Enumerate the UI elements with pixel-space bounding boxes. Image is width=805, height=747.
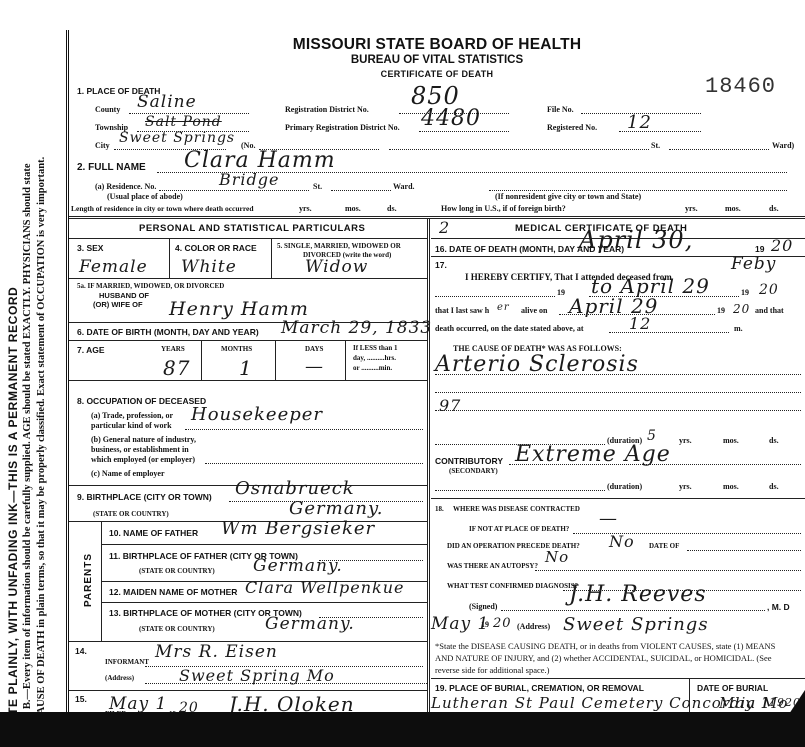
burial-date-value: May 1 [719,694,771,712]
age-years-value: 87 [163,356,190,380]
sex-value: Female [79,257,148,277]
parents-side-label: PARENTS [83,553,94,607]
residence-ward-label: Ward. [393,182,415,191]
mother-label: 12. MAIDEN NAME OF MOTHER [109,587,237,597]
st-label: St. [651,141,660,150]
death-time-value: 12 [629,314,651,333]
certificate-number: 18460 [705,74,776,99]
burial-place-label: 19. PLACE OF BURIAL, CREMATION, OR REMOV… [435,683,644,693]
marital-label: 5. SINGLE, MARRIED, WIDOWED OR [277,242,401,250]
signed-label: (Signed) [469,602,497,611]
attended-from-value: Feby [731,254,776,274]
nonresident-note: (If nonresident give city or town and St… [495,192,641,201]
margin-note-line2: CAUSE OF DEATH in plain terms, so that i… [36,157,47,722]
sex-label: 3. SEX [77,243,103,253]
city-label: City [95,141,110,150]
margin-permanent-record: WRITE PLAINLY, WITH UNFADING INK—THIS IS… [6,287,20,740]
physician-address-value: Sweet Springs [563,614,709,635]
medical-mark: 2 [439,218,450,237]
informant-label: INFORMANT [105,658,149,666]
age-label: 7. AGE [77,345,105,355]
cause-footnote: *State the DISEASE CAUSING DEATH, or in … [435,640,795,676]
race-label: 4. COLOR OR RACE [175,243,257,253]
dod-value: April 30, [579,226,693,254]
informant-address-value: Sweet Spring Mo [179,666,335,685]
county-label: County [95,105,120,114]
residence-label: (a) Residence. No. [95,182,156,191]
father-country-value: Germany. [253,556,343,576]
residence-sub-label: (Usual place of abode) [107,192,183,201]
mother-value: Clara Wellpenkue [245,578,405,597]
filed-date-value: May 1 [109,694,167,714]
margin-note-line1: N. B.—Every item of information should b… [22,163,33,722]
board-title: MISSOURI STATE BOARD OF HEALTH [69,36,805,54]
reg-district-label: Registration District No. [285,105,369,114]
father-value: Wm Bergsieker [221,518,375,539]
spouse-label: 5a. IF MARRIED, WIDOWED, OR DIVORCED [77,282,224,290]
physician-signature: J.H. Reeves [569,582,707,607]
city-value: Sweet Springs [119,130,235,146]
personal-section-title: PERSONAL AND STATISTICAL PARTICULARS [139,223,365,234]
informant-value: Mrs R. Eisen [155,642,278,662]
contributory-label: CONTRIBUTORY [435,456,503,466]
employer-label: (c) Name of employer [91,469,165,478]
dod-year-value: 20 [771,236,793,255]
residence-value: Bridge [219,170,279,189]
primary-reg-label: Primary Registration District No. [285,123,400,132]
mother-country-value: Germany. [265,614,355,634]
primary-reg-value: 4480 [421,106,481,131]
county-value: Saline [137,92,197,112]
bureau-subtitle: BUREAU OF VITAL STATISTICS [69,54,805,66]
operation-value: No [609,532,635,551]
attended-year-value: 20 [759,282,779,298]
physician-address-label: (Address) [517,622,550,631]
father-label: 10. NAME OF FATHER [109,528,198,538]
birthplace-label: 9. BIRTHPLACE (CITY OR TOWN) [77,492,212,502]
registered-no-value: 12 [627,112,652,133]
full-name-label: 2. FULL NAME [77,162,146,173]
file-no-label: File No. [547,105,574,114]
age-days-value: — [305,356,324,377]
contracted-label: 18. [435,505,444,513]
occupation-label: 8. OCCUPATION OF DECEASED [77,396,206,406]
occupation-value: Housekeeper [191,404,323,425]
us-residence-label: How long in U.S., if of foreign birth? [441,204,566,213]
birthplace-country-value: Germany. [289,498,384,519]
marital-value: Widow [305,257,368,277]
cause-value: Arterio Sclerosis [435,352,639,377]
autopsy-label: WAS THERE AN AUTOPSY? [447,562,538,570]
dob-value: March 29, 1833 [281,318,432,338]
ward-label: Ward) [772,141,794,150]
contracted-value: — [599,508,618,529]
township-value: Salt Pond [145,114,222,130]
spouse-value: Henry Hamm [169,298,309,320]
dob-label: 6. DATE OF BIRTH (MONTH, DAY AND YEAR) [77,327,259,337]
race-value: White [181,257,237,277]
burial-date-label: DATE OF BURIAL [697,683,768,693]
length-residence-label: Length of residence in city or town wher… [71,204,254,213]
death-certificate: MISSOURI STATE BOARD OF HEALTH BUREAU OF… [66,30,805,747]
form-title: CERTIFICATE OF DEATH [69,69,805,79]
margin-instructions: WRITE PLAINLY, WITH UNFADING INK—THIS IS… [0,0,60,747]
contributory-value: Extreme Age [515,442,671,467]
scan-border [0,712,805,747]
informant-address-label: (Address) [105,674,134,682]
residence-st-label: St. [313,182,322,191]
test-label: WHAT TEST CONFIRMED DIAGNOSIS? [447,582,578,590]
autopsy-value: No [545,548,569,566]
registered-no-label: Registered No. [547,123,597,132]
birthplace-city-value: Osnabrueck [235,478,355,499]
age-months-value: 1 [239,356,253,380]
